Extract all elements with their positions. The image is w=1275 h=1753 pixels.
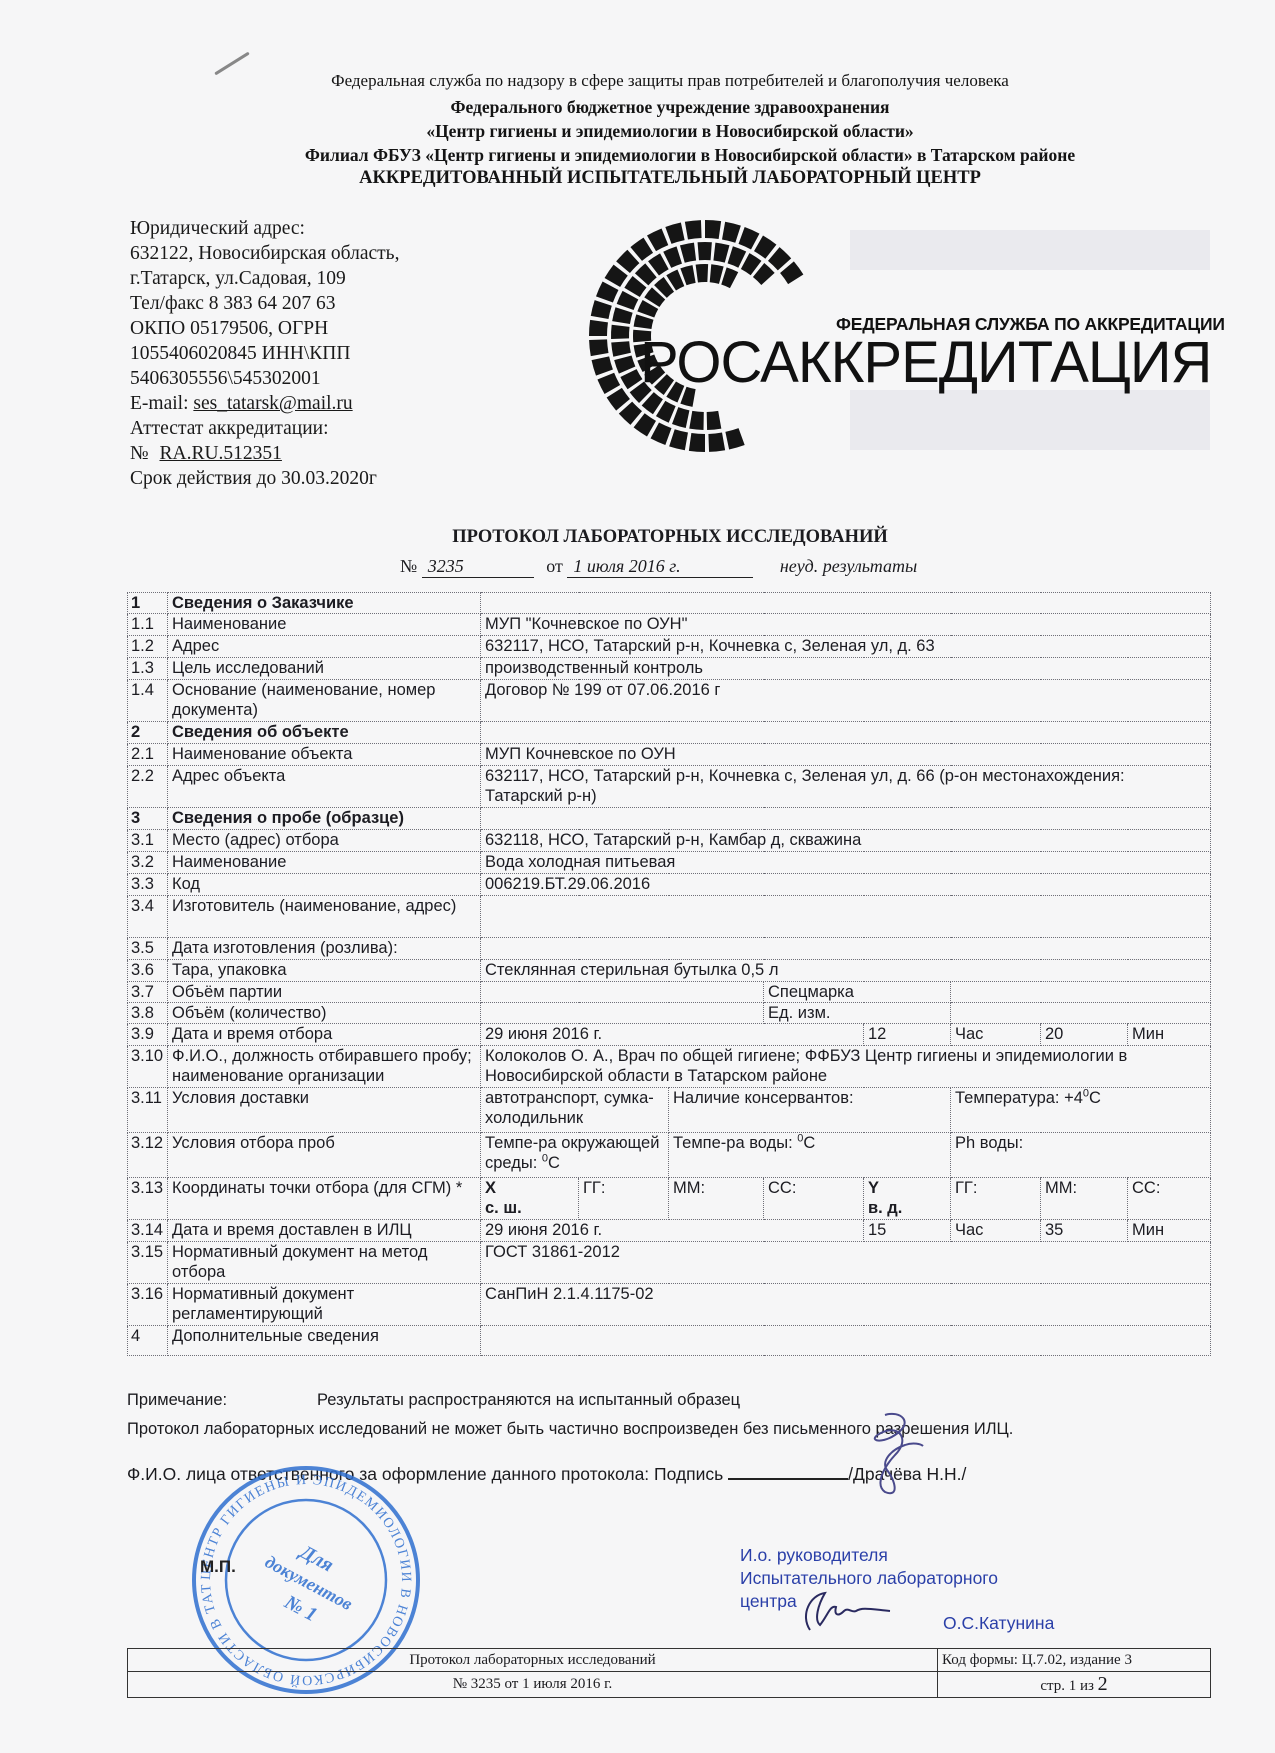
- protocol-details-table: 1 Сведения о Заказчике 1.1 Наименование …: [127, 592, 1211, 1356]
- header-line-3: «Центр гигиены и эпидемиологии в Новосиб…: [150, 121, 1190, 142]
- row-label: Условия доставки: [168, 1088, 481, 1133]
- row-label: Наименование объекта: [168, 744, 481, 766]
- sampling-date: 29 июня 2016 г.: [481, 1024, 864, 1046]
- minute-label: Мин: [1128, 1024, 1211, 1046]
- hour-label: Час: [951, 1024, 1041, 1046]
- okpo: ОКПО 05179506, ОГРН: [130, 316, 399, 341]
- address-line-2: г.Татарск, ул.Садовая, 109: [130, 266, 399, 291]
- delivery-hour: 15: [864, 1220, 951, 1242]
- phone: Тел/факс 8 383 64 207 63: [130, 291, 399, 316]
- temperature-label: Температура: +4: [955, 1089, 1083, 1107]
- table-row: 3.16 Нормативный документ регламентирующ…: [128, 1284, 1211, 1326]
- table-row: 1.3 Цель исследований производственный к…: [128, 658, 1211, 680]
- row-number: 3.14: [128, 1220, 168, 1242]
- row-label: Адрес объекта: [168, 766, 481, 808]
- row-number: 1.4: [128, 680, 168, 722]
- row-value: Колоколов О. А., Врач по общей гигиене; …: [481, 1046, 1211, 1088]
- row-number: 3.8: [128, 1003, 168, 1024]
- section-title: Сведения о пробе (образце): [168, 808, 481, 830]
- row-value: Стеклянная стерильная бутылка 0,5 л: [481, 960, 1211, 982]
- table-row: 3.15 Нормативный документ на метод отбор…: [128, 1242, 1211, 1284]
- email-row: E-mail: ses_tatarsk@mail.ru: [130, 391, 399, 416]
- row-value: ГОСТ 31861-2012: [481, 1242, 1211, 1284]
- row-label: Ф.И.О., должность отбиравшего пробу; наи…: [168, 1046, 481, 1088]
- empty-cell: [481, 593, 1211, 614]
- page-total: 2: [1098, 1673, 1108, 1695]
- table-row: 3.8 Объём (количество) Ед. изм.: [128, 1003, 1211, 1024]
- y-degrees: ГГ:: [951, 1178, 1041, 1220]
- row-number: 3.15: [128, 1242, 168, 1284]
- note: Примечание:Результаты распространяются н…: [127, 1391, 740, 1410]
- row-value: [481, 938, 1211, 960]
- date-prefix: от: [538, 556, 563, 576]
- table-row: 2.2 Адрес объекта 632117, НСО, Татарский…: [128, 766, 1211, 808]
- table-row: 3.11 Условия доставки автотранспорт, сум…: [128, 1088, 1211, 1133]
- row-value: МУП Кочневское по ОУН: [481, 744, 1211, 766]
- coord-y: Yв. д.: [864, 1178, 951, 1220]
- row-label: Основание (наименование, номер документа…: [168, 680, 481, 722]
- email-link[interactable]: ses_tatarsk@mail.ru: [193, 393, 352, 414]
- minute-label: Мин: [1128, 1220, 1211, 1242]
- row-number: 1.3: [128, 658, 168, 680]
- row-number: 3.5: [128, 938, 168, 960]
- row-label: Место (адрес) отбора: [168, 830, 481, 852]
- row-value: 632118, НСО, Татарский р-н, Камбар д, ск…: [481, 830, 1211, 852]
- row-number: 3.16: [128, 1284, 168, 1326]
- sub-value: [951, 1003, 1211, 1024]
- row-label: Координаты точки отбора (для СГМ) *: [168, 1178, 481, 1220]
- row-number: 3.7: [128, 982, 168, 1003]
- row-number: 3: [128, 808, 168, 830]
- header-line-1: Федеральная служба по надзору в сфере за…: [230, 71, 1110, 91]
- certificate-prefix: №: [130, 443, 153, 464]
- certificate-number: RA.RU.512351: [153, 443, 281, 464]
- number-prefix: №: [400, 556, 417, 576]
- latitude-label: с. ш.: [485, 1198, 574, 1218]
- table-row: 3.14 Дата и время доставлен в ИЛЦ 29 июн…: [128, 1220, 1211, 1242]
- row-label: Тара, упаковка: [168, 960, 481, 982]
- header-line-2: Федерального бюджетное учреждение здраво…: [150, 97, 1190, 118]
- header-line-5: АККРЕДИТОВАННЫЙ ИСПЫТАТЕЛЬНЫЙ ЛАБОРАТОРН…: [150, 168, 1190, 189]
- table-row: 3.7 Объём партии Спецмарка: [128, 982, 1211, 1003]
- row-label: Цель исследований: [168, 658, 481, 680]
- row-number: 3.4: [128, 896, 168, 938]
- row-value: СанПиН 2.1.4.1175-02: [481, 1284, 1211, 1326]
- y-minutes: ММ:: [1041, 1178, 1128, 1220]
- row-value: 632117, НСО, Татарский р-н, Кочневка с, …: [481, 766, 1211, 808]
- sampling-hour: 12: [864, 1024, 951, 1046]
- row-value: [481, 896, 1211, 938]
- table-row: 3.12 Условия отбора проб Темпе-ра окружа…: [128, 1133, 1211, 1178]
- table-row: 1.2 Адрес 632117, НСО, Татарский р-н, Ко…: [128, 636, 1211, 658]
- row-label: Нормативный документ регламентирующий: [168, 1284, 481, 1326]
- row-value: Вода холодная питьевая: [481, 852, 1211, 874]
- head-signature-icon: [790, 1585, 900, 1635]
- row-number: 3.11: [128, 1088, 168, 1133]
- certificate-validity: Срок действия до 30.03.2020г: [130, 466, 399, 491]
- row-number: 2.2: [128, 766, 168, 808]
- row-label: Дата изготовления (розлива):: [168, 938, 481, 960]
- row-label: Условия отбора проб: [168, 1133, 481, 1178]
- row-label: Адрес: [168, 636, 481, 658]
- row-label: Дата и время отбора: [168, 1024, 481, 1046]
- row-number: 3.9: [128, 1024, 168, 1046]
- row-number: 2: [128, 722, 168, 744]
- table-row: 3 Сведения о пробе (образце): [128, 808, 1211, 830]
- row-number: 3.2: [128, 852, 168, 874]
- table-row: 3.9 Дата и время отбора 29 июня 2016 г. …: [128, 1024, 1211, 1046]
- ambient-label: Темпе-ра окружающей среды:: [485, 1134, 659, 1172]
- preservatives-label: Наличие консервантов:: [669, 1088, 951, 1133]
- section-title: Сведения о Заказчике: [168, 593, 481, 614]
- table-row: 1 Сведения о Заказчике: [128, 593, 1211, 614]
- table-row: 3.10 Ф.И.О., должность отбиравшего пробу…: [128, 1046, 1211, 1088]
- ambient-unit: C: [548, 1154, 560, 1172]
- ambient-temperature: Темпе-ра окружающей среды: 0C: [481, 1133, 669, 1178]
- table-row: 1.4 Основание (наименование, номер докум…: [128, 680, 1211, 722]
- x-degrees: ГГ:: [579, 1178, 669, 1220]
- row-number: 1.1: [128, 614, 168, 636]
- row-number: 4: [128, 1326, 168, 1356]
- row-label: Объём (количество): [168, 1003, 481, 1024]
- logo-name: РОСАККРЕДИТАЦИЯ: [640, 330, 1211, 396]
- row-number: 3.3: [128, 874, 168, 896]
- water-temp-unit: C: [803, 1134, 815, 1152]
- empty-cell: [481, 722, 1211, 744]
- sub-label: Ед. изм.: [764, 1003, 951, 1024]
- row-label: Объём партии: [168, 982, 481, 1003]
- row-number: 3.10: [128, 1046, 168, 1088]
- protocol-date: 1 июля 2016 г.: [567, 556, 753, 578]
- row-number: 3.1: [128, 830, 168, 852]
- table-row: 3.2 Наименование Вода холодная питьевая: [128, 852, 1211, 874]
- table-row: 2 Сведения об объекте: [128, 722, 1211, 744]
- section-title: Сведения об объекте: [168, 722, 481, 744]
- row-value: 632117, НСО, Татарский р-н, Кочневка с, …: [481, 636, 1211, 658]
- coord-x: Xс. ш.: [481, 1178, 579, 1220]
- ogrn: 1055406020845 ИНН\КПП: [130, 341, 399, 366]
- certificate-row: № RA.RU.512351: [130, 441, 399, 466]
- row-number: 3.12: [128, 1133, 168, 1178]
- note-label: Примечание:: [127, 1391, 317, 1410]
- row-number: 3.13: [128, 1178, 168, 1220]
- signature-line: [728, 1464, 848, 1480]
- table-row: 4 Дополнительные сведения: [128, 1326, 1211, 1356]
- header-line-4: Филиал ФБУЗ «Центр гигиены и эпидемиолог…: [170, 145, 1210, 166]
- row-number: 1.2: [128, 636, 168, 658]
- row-value: [481, 1326, 1211, 1356]
- protocol-number-line: № 3235 от 1 июля 2016 г. неуд. результат…: [400, 556, 917, 578]
- x-label: X: [485, 1178, 574, 1198]
- sampling-minute: 20: [1041, 1024, 1128, 1046]
- footer-page: стр. 1 из 2: [938, 1672, 1211, 1698]
- water-temperature: Темпе-ра воды: 0C: [669, 1133, 951, 1178]
- delivery-temperature: Температура: +40C: [951, 1088, 1211, 1133]
- row-value: производственный контроль: [481, 658, 1211, 680]
- table-row: 1.1 Наименование МУП "Кочневское по ОУН": [128, 614, 1211, 636]
- footer-doc-ref: № 3235 от 1 июля 2016 г.: [128, 1672, 938, 1698]
- result-note: неуд. результаты: [758, 556, 917, 576]
- address-line-1: 632122, Новосибирская область,: [130, 241, 399, 266]
- table-row: 3.5 Дата изготовления (розлива):: [128, 938, 1211, 960]
- protocol-number: 3235: [422, 556, 534, 578]
- row-label: Изготовитель (наименование, адрес): [168, 896, 481, 938]
- ph-label: Ph воды:: [951, 1133, 1211, 1178]
- sub-label: Спецмарка: [764, 982, 951, 1003]
- empty-cell: [481, 808, 1211, 830]
- x-seconds: СС:: [764, 1178, 864, 1220]
- table-row: 3.1 Место (адрес) отбора 632118, НСО, Та…: [128, 830, 1211, 852]
- x-minutes: ММ:: [669, 1178, 764, 1220]
- delivery-minute: 35: [1041, 1220, 1128, 1242]
- head-title-line-1: И.о. руководителя: [740, 1544, 998, 1567]
- longitude-label: в. д.: [868, 1198, 946, 1218]
- table-row: 3.13 Координаты точки отбора (для СГМ) *…: [128, 1178, 1211, 1220]
- email-label: E-mail:: [130, 393, 193, 414]
- protocol-title: ПРОТОКОЛ ЛАБОРАТОРНЫХ ИССЛЕДОВАНИЙ: [380, 527, 960, 548]
- row-label: Наименование: [168, 852, 481, 874]
- row-value: МУП "Кочневское по ОУН": [481, 614, 1211, 636]
- head-name: О.С.Катунина: [943, 1613, 1054, 1634]
- sub-value: [951, 982, 1211, 1003]
- temperature-unit: C: [1089, 1089, 1101, 1107]
- row-value: [481, 1003, 764, 1024]
- row-label: Дата и время доставлен в ИЛЦ: [168, 1220, 481, 1242]
- row-label: Дополнительные сведения: [168, 1326, 481, 1356]
- row-label: Наименование: [168, 614, 481, 636]
- row-value: 006219.БТ.29.06.2016: [481, 874, 1211, 896]
- bleed-through: [850, 390, 1210, 450]
- inn-kpp: 5406305556\545302001: [130, 366, 399, 391]
- footer-doc-name: Протокол лабораторных исследований: [128, 1649, 938, 1672]
- page-prefix: стр. 1 из: [1040, 1678, 1097, 1694]
- bleed-through: [850, 230, 1210, 270]
- footer-form-code: Код формы: Ц.7.02, издание 3: [938, 1649, 1211, 1672]
- table-row: 3.3 Код 006219.БТ.29.06.2016: [128, 874, 1211, 896]
- table-row: 3.6 Тара, упаковка Стеклянная стерильная…: [128, 960, 1211, 982]
- row-number: 3.6: [128, 960, 168, 982]
- table-row: 2.1 Наименование объекта МУП Кочневское …: [128, 744, 1211, 766]
- row-value: Договор № 199 от 07.06.2016 г: [481, 680, 1211, 722]
- row-number: 1: [128, 593, 168, 614]
- delivery-date: 29 июня 2016 г.: [481, 1220, 864, 1242]
- legal-address-label: Юридический адрес:: [130, 216, 399, 241]
- row-number: 2.1: [128, 744, 168, 766]
- y-label: Y: [868, 1178, 946, 1198]
- y-seconds: СС:: [1128, 1178, 1211, 1220]
- row-label: Нормативный документ на метод отбора: [168, 1242, 481, 1284]
- delivery-transport: автотранспорт, сумка-холодильник: [481, 1088, 669, 1133]
- note-text: Результаты распространяются на испытанны…: [317, 1391, 740, 1409]
- row-value: [481, 982, 764, 1003]
- form-footer-table: Протокол лабораторных исследований Код ф…: [127, 1648, 1211, 1698]
- table-row: 3.4 Изготовитель (наименование, адрес): [128, 896, 1211, 938]
- signature-icon: [855, 1410, 925, 1500]
- row-label: Код: [168, 874, 481, 896]
- stamp-place-label: М.П.: [200, 1557, 236, 1577]
- legal-address-block: Юридический адрес: 632122, Новосибирская…: [130, 216, 399, 491]
- water-temp-label: Темпе-ра воды:: [673, 1134, 797, 1152]
- hour-label: Час: [951, 1220, 1041, 1242]
- certificate-label: Аттестат аккредитации:: [130, 416, 399, 441]
